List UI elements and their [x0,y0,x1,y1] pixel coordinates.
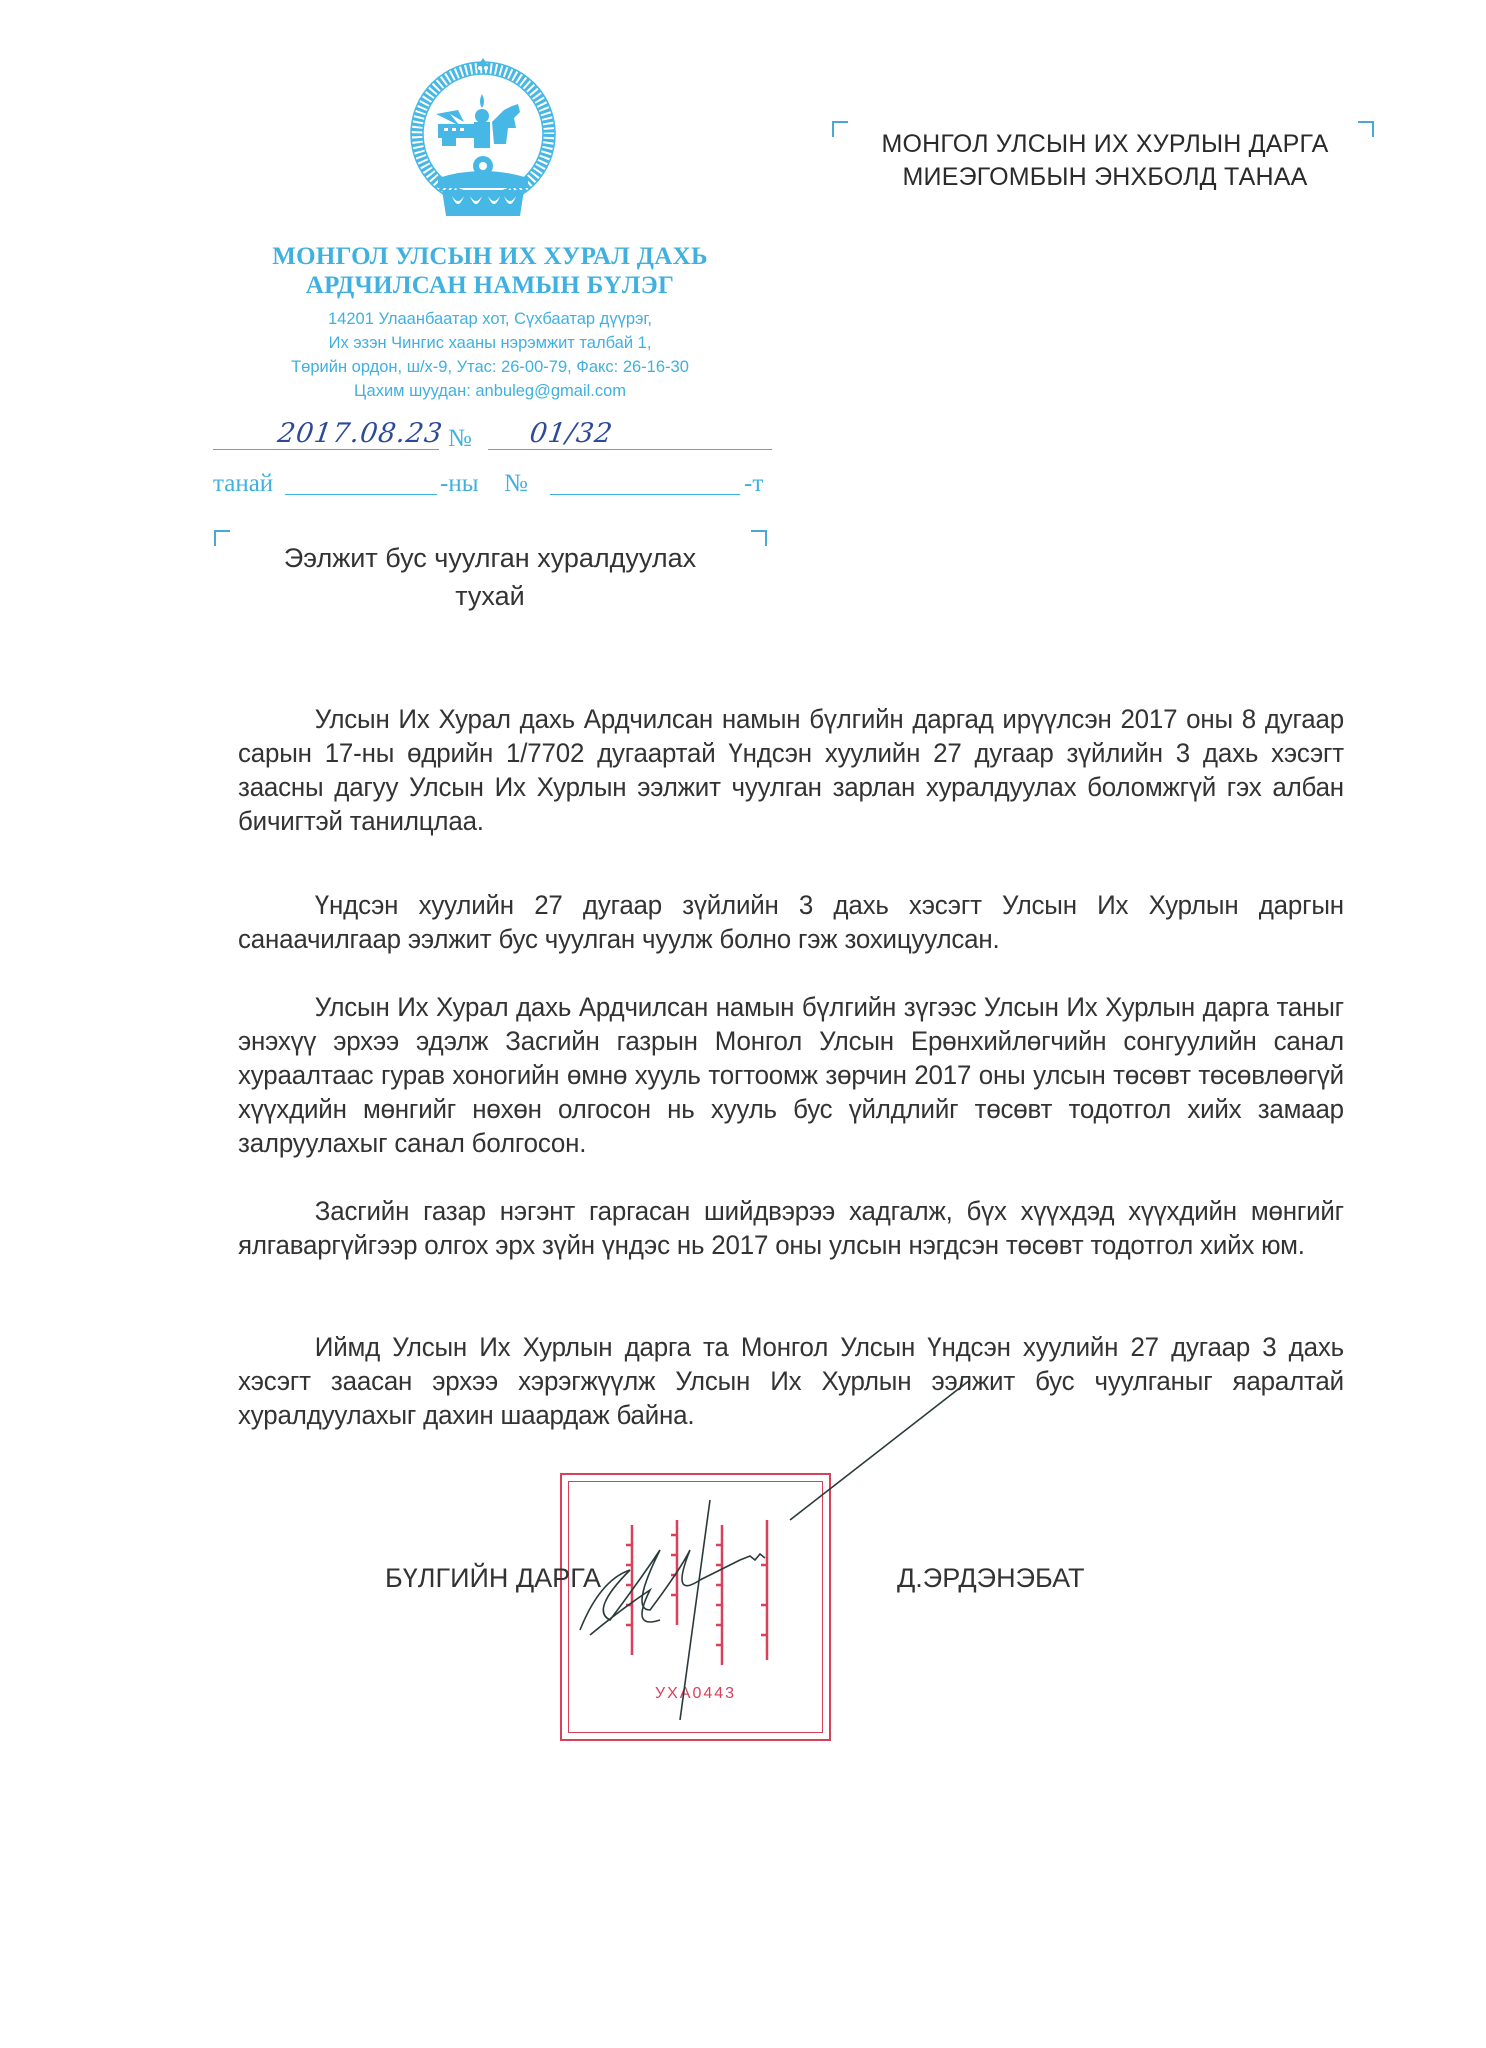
subject-corner-mark [214,530,230,546]
body-paragraph: Засгийн газар нэгэнт гаргасан шийдвэрээ … [238,1194,1344,1262]
your-suffix: -ны [440,470,479,498]
your-number-label: № [504,470,528,498]
org-name-line2: АРДЧИЛСАН НАМЫН БҮЛЭГ [220,271,760,300]
your-number-line [550,494,740,495]
subject-line2: тухай [240,578,740,614]
date-field-line [213,449,439,450]
recipient-line1: МОНГОЛ УЛСЫН ИХ ХУРЛЫН ДАРГА [850,128,1360,161]
your-date-line [285,494,437,495]
recipient-corner-mark [1358,121,1374,137]
your-number-suffix: -т [744,470,763,498]
address-line: Их эзэн Чингис хааны нэрэмжит талбай 1, [220,332,760,356]
body-paragraph: Үндсэн хуулийн 27 дугаар зүйлийн 3 дахь … [238,888,1344,956]
your-label: танай [213,470,273,498]
number-label: № [448,425,472,453]
subject-line1: Ээлжит бус чуулган хуралдуулах [240,540,740,576]
org-name-line1: МОНГОЛ УЛСЫН ИХ ХУРАЛ ДАХЬ [220,242,760,271]
recipient-corner-mark [832,121,848,137]
number-field-line [488,449,772,450]
address-line: Төрийн ордон, ш/х-9, Утас: 26-00-79, Фак… [220,356,760,380]
date-handwritten: 2017.08.23 [276,418,445,449]
number-handwritten: 01/32 [528,418,615,449]
body-paragraph: Улсын Их Хурал дахь Ардчилсан намын бүлг… [238,702,1344,838]
mongolia-state-emblem-icon [408,56,558,221]
subject-corner-mark [751,530,767,546]
address-line: 14201 Улаанбаатар хот, Сүхбаатар дүүрэг, [220,308,760,332]
body-paragraph: Улсын Их Хурал дахь Ардчилсан намын бүлг… [238,990,1344,1160]
handwritten-signature [560,1380,980,1700]
email-line: Цахим шуудан: anbuleg@gmail.com [220,380,760,404]
recipient-line2: МИЕЭГОМБЫН ЭНХБОЛД ТАНАА [850,161,1360,194]
